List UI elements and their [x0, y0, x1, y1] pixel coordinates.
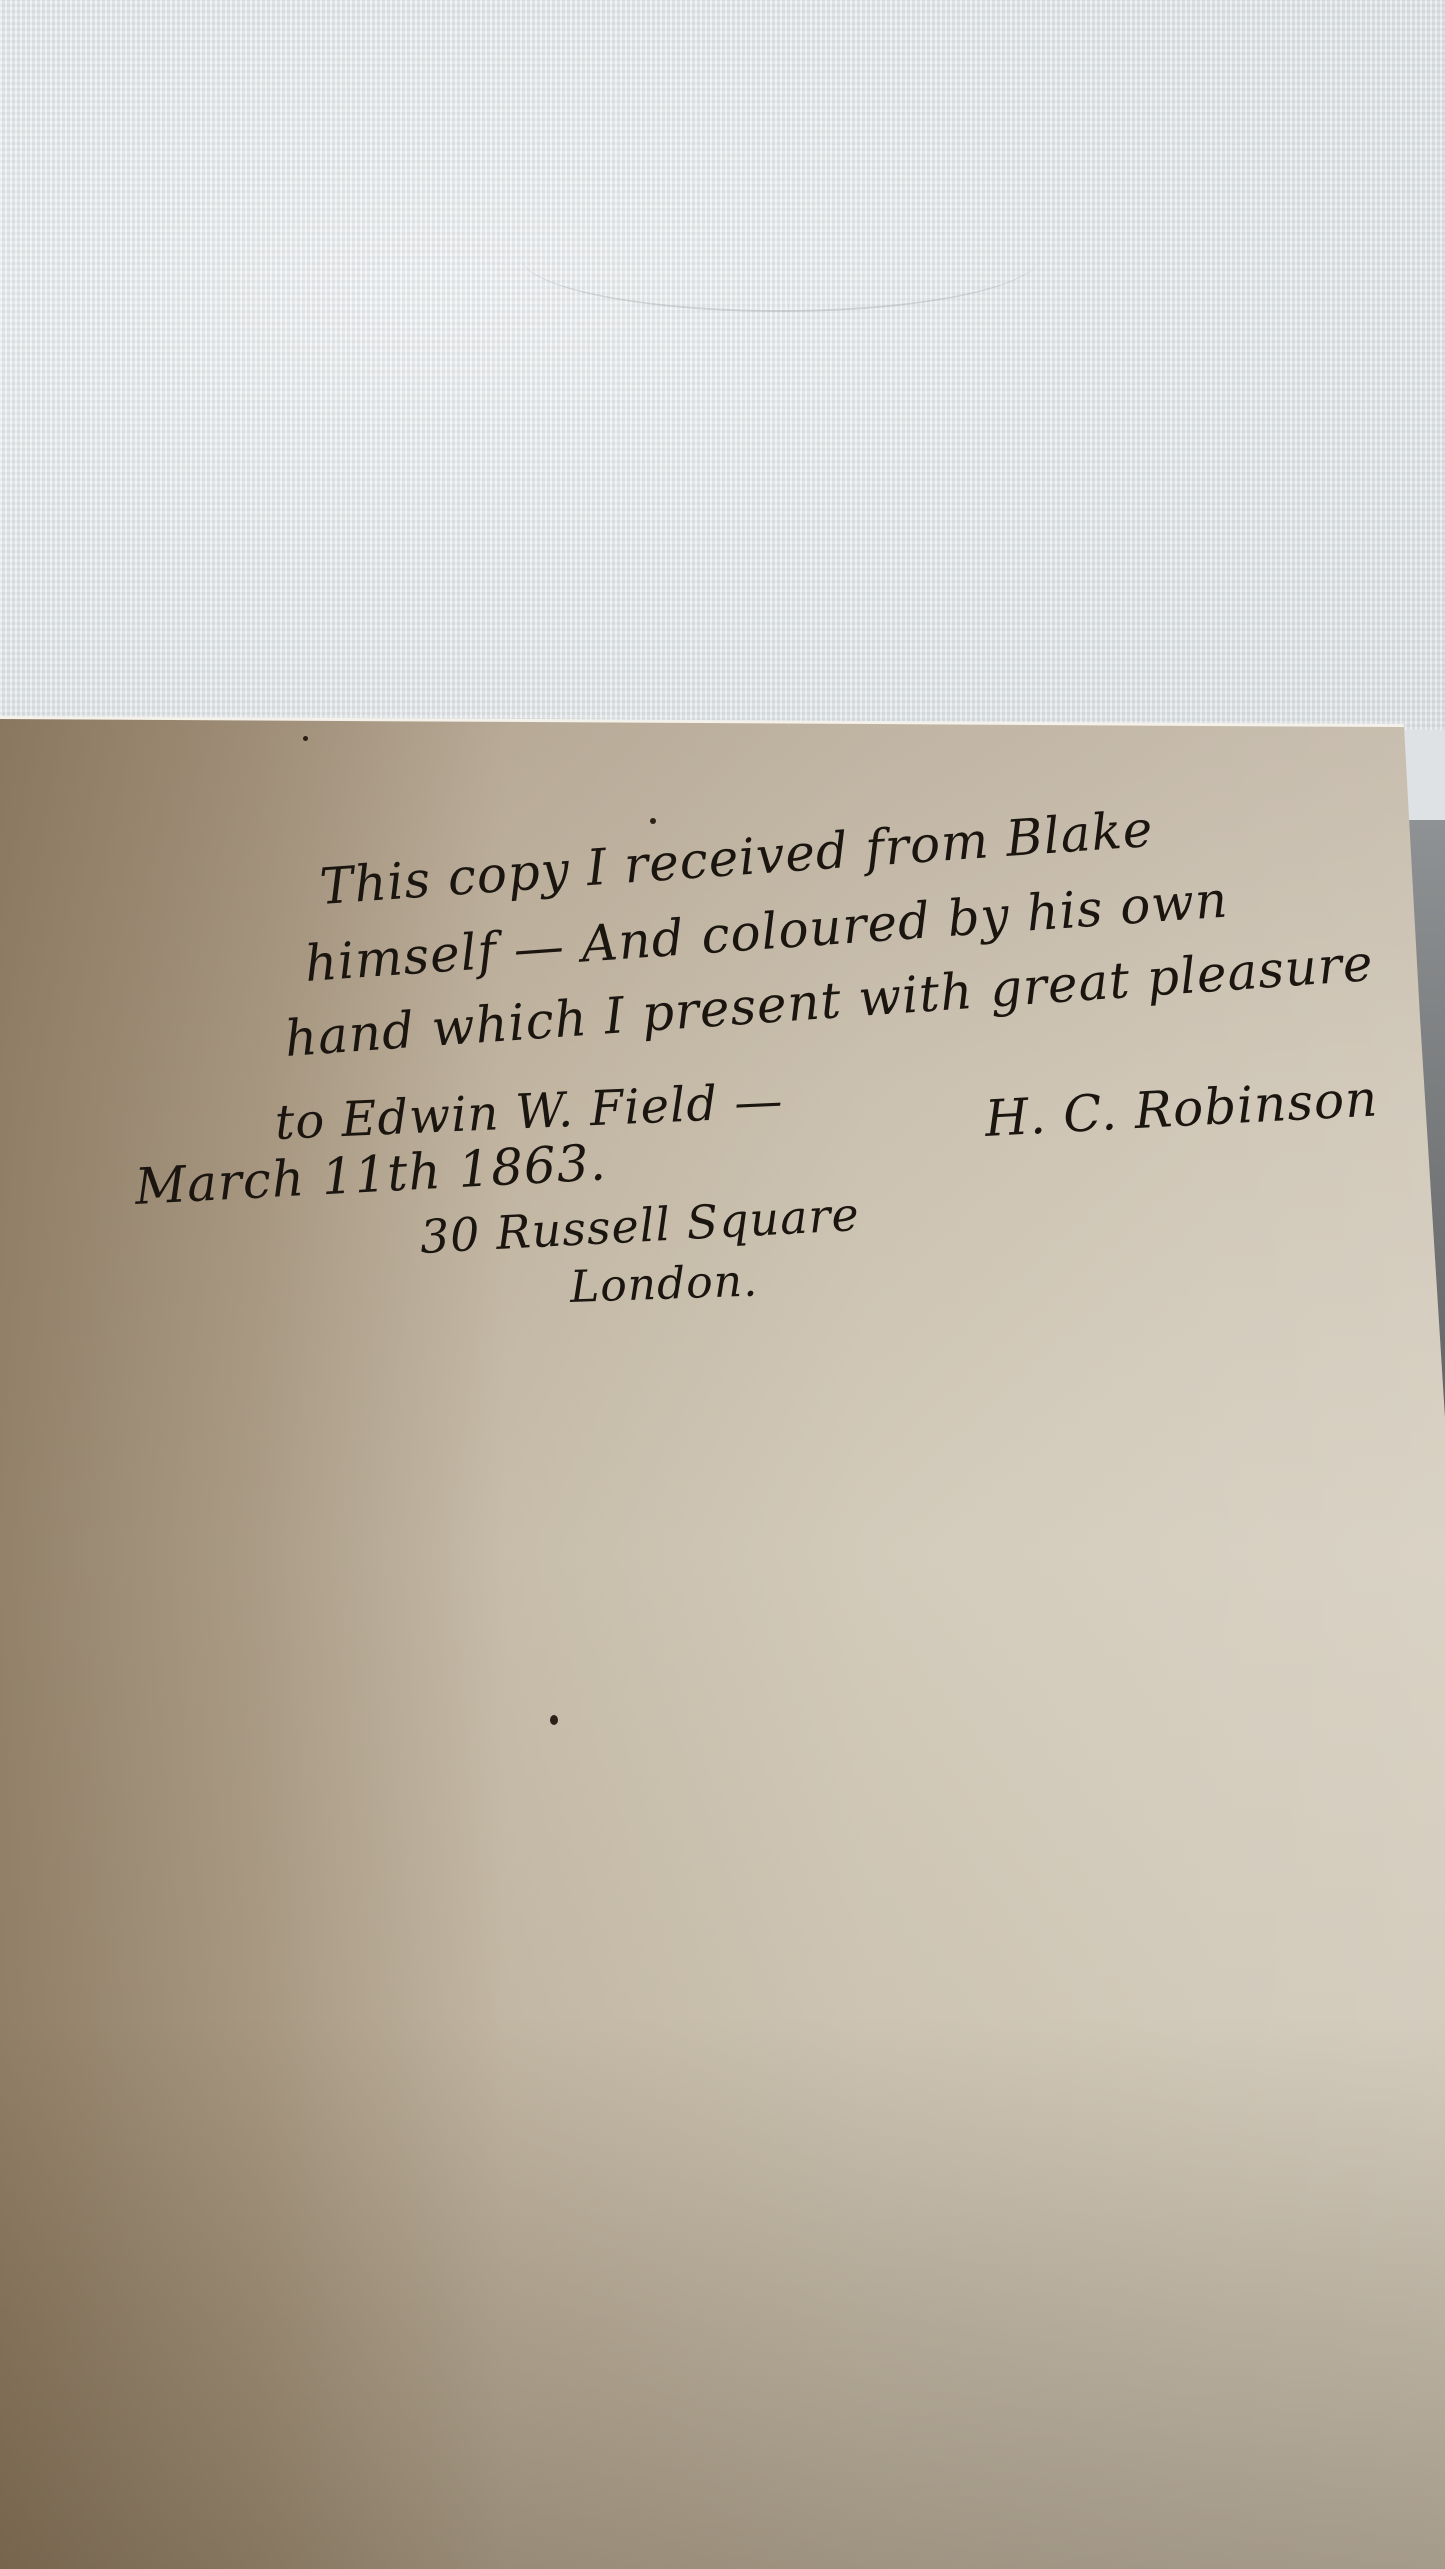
book-endpaper	[0, 718, 1445, 2569]
paper-speck	[650, 818, 656, 824]
paper-speck	[550, 1715, 558, 1725]
linen-cloth-background	[0, 0, 1445, 730]
paper-speck	[303, 736, 308, 741]
cloth-crease	[520, 200, 1040, 312]
